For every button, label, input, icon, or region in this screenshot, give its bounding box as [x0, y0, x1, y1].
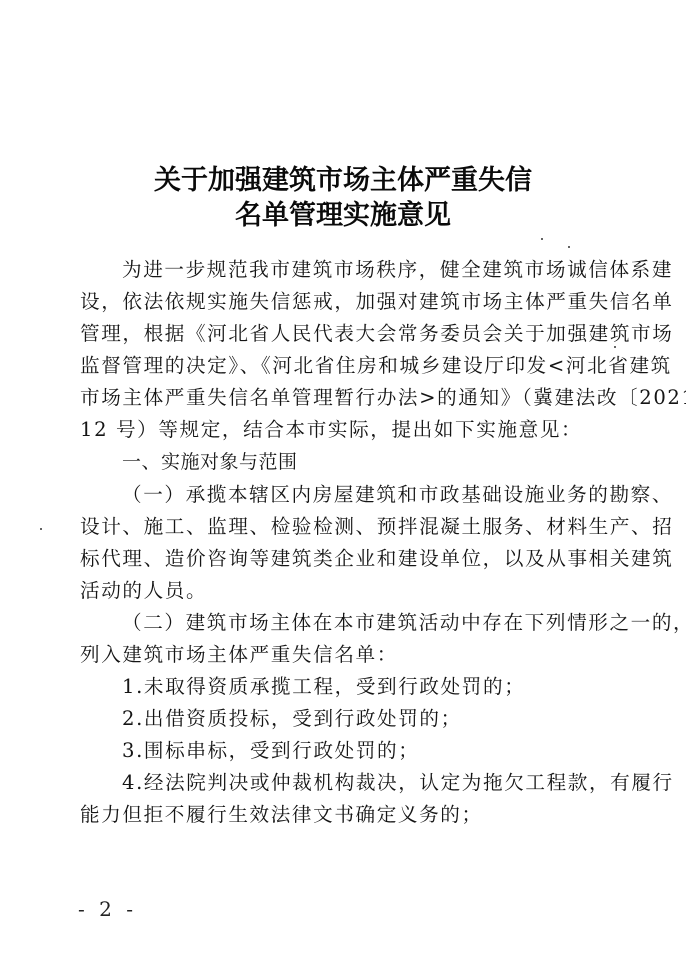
paragraph-line: （二）建筑市场主体在本市建筑活动中存在下列情形之一的， — [122, 611, 637, 635]
scan-speck — [568, 246, 570, 248]
scan-speck — [541, 238, 543, 240]
list-item: 4.经法院判决或仲裁机构裁决，认定为拖欠工程款，有履行 — [122, 771, 637, 795]
list-item: 1.未取得资质承揽工程，受到行政处罚的； — [122, 675, 637, 699]
scan-speck — [614, 346, 616, 348]
paragraph-line: 标代理、造价咨询等建筑类企业和建设单位，以及从事相关建筑 — [80, 547, 595, 571]
paragraph-line: 列入建筑市场主体严重失信名单： — [80, 643, 595, 667]
paragraph-line: 监督管理的决定》、《河北省住房和城乡建设厅印发<河北省建筑 — [80, 354, 595, 378]
paragraph-line: 12 号）等规定，结合本市实际，提出如下实施意见： — [80, 418, 595, 442]
paragraph-line: 设，依法依规实施失信惩戒，加强对建筑市场主体严重失信名单 — [80, 290, 595, 314]
list-item: 2.出借资质投标，受到行政处罚的； — [122, 707, 637, 731]
scan-speck — [40, 528, 42, 530]
page-number: - 2 - — [78, 897, 137, 921]
paragraph-line: 为进一步规范我市建筑市场秩序，健全建筑市场诚信体系建 — [122, 258, 637, 282]
paragraph-line: 设计、施工、监理、检验检测、预拌混凝土服务、材料生产、招 — [80, 515, 595, 539]
list-item: 3.围标串标，受到行政处罚的； — [122, 739, 637, 763]
paragraph-line: 管理，根据《河北省人民代表大会常务委员会关于加强建筑市场 — [80, 322, 595, 346]
document-title-line-1: 关于加强建筑市场主体严重失信 — [0, 158, 686, 197]
paragraph-line: （一）承揽本辖区内房屋建筑和市政基础设施业务的勘察、 — [122, 483, 637, 507]
paragraph-line: 能力但拒不履行生效法律文书确定义务的； — [80, 803, 595, 827]
paragraph-line: 活动的人员。 — [80, 579, 595, 603]
paragraph-line: 市场主体严重失信名单管理暂行办法>的通知》（冀建法改〔2021〕 — [80, 386, 595, 410]
section-heading: 一、实施对象与范围 — [122, 450, 637, 474]
document-title-line-2: 名单管理实施意见 — [0, 193, 686, 232]
